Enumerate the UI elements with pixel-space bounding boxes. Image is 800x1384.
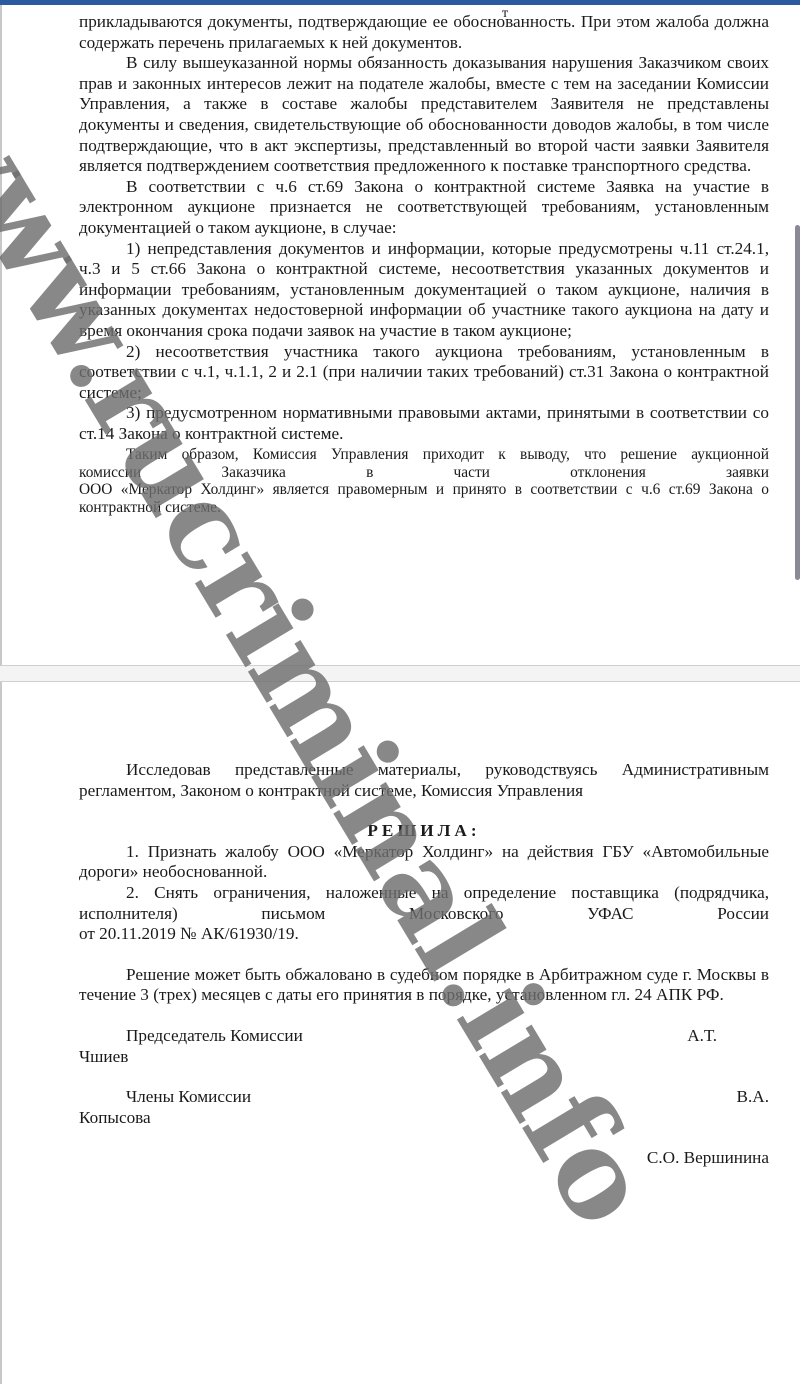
signature-members: Члены Комиссии В.А. — [79, 1087, 769, 1108]
conclusion-line: ООО «Меркатор Холдинг» является правомер… — [79, 481, 769, 516]
signature-role: Председатель Комиссии — [79, 1026, 303, 1047]
list-item: 1) непредставления документов и информац… — [79, 239, 769, 342]
vertical-scrollbar[interactable] — [795, 225, 800, 580]
conclusion-line: Таким образом, Комиссия Управления прихо… — [79, 446, 769, 463]
signature-initials: А.Т. — [687, 1026, 769, 1047]
decision-item-date: от 20.11.2019 № АК/61930/19. — [79, 924, 769, 945]
conclusion-line: комиссии Заказчика в части отклонения за… — [79, 464, 769, 481]
signature-chair: Председатель Комиссии А.Т. — [79, 1026, 769, 1047]
signature-role: Члены Комиссии — [79, 1087, 251, 1108]
list-item: 2) несоответствия участника такого аукци… — [79, 342, 769, 404]
page-1-body: прикладываются документы, подтверждающие… — [79, 12, 769, 516]
paragraph: прикладываются документы, подтверждающие… — [79, 12, 769, 53]
document-page-2: Исследовав представленные материалы, рук… — [0, 682, 800, 1384]
signature-member-2: С.О. Вершинина — [79, 1148, 769, 1169]
signature-surname: Копысова — [79, 1108, 769, 1129]
decision-heading: РЕШИЛА: — [79, 821, 769, 842]
paragraph: В соответствии с ч.6 ст.69 Закона о конт… — [79, 177, 769, 239]
intro-paragraph: Исследовав представленные материалы, рук… — [79, 760, 769, 801]
document-page-1: т прикладываются документы, подтверждающ… — [0, 5, 800, 666]
signature-surname: Чшиев — [79, 1047, 769, 1068]
signature-initials: В.А. — [737, 1087, 769, 1108]
page-2-body: Исследовав представленные материалы, рук… — [79, 760, 769, 1169]
conclusion-paragraph: Таким образом, Комиссия Управления прихо… — [79, 446, 769, 516]
appeal-paragraph: Решение может быть обжаловано в судебном… — [79, 965, 769, 1006]
decision-item: 2. Снять ограничения, наложенные на опре… — [79, 883, 769, 924]
page-separator — [0, 666, 800, 682]
paragraph: В силу вышеуказанной нормы обязанность д… — [79, 53, 769, 177]
list-item: 3) предусмотренном нормативными правовым… — [79, 403, 769, 444]
decision-item: 1. Признать жалобу ООО «Меркатор Холдинг… — [79, 842, 769, 883]
signature-block: Председатель Комиссии А.Т. Чшиев Члены К… — [79, 1026, 769, 1169]
